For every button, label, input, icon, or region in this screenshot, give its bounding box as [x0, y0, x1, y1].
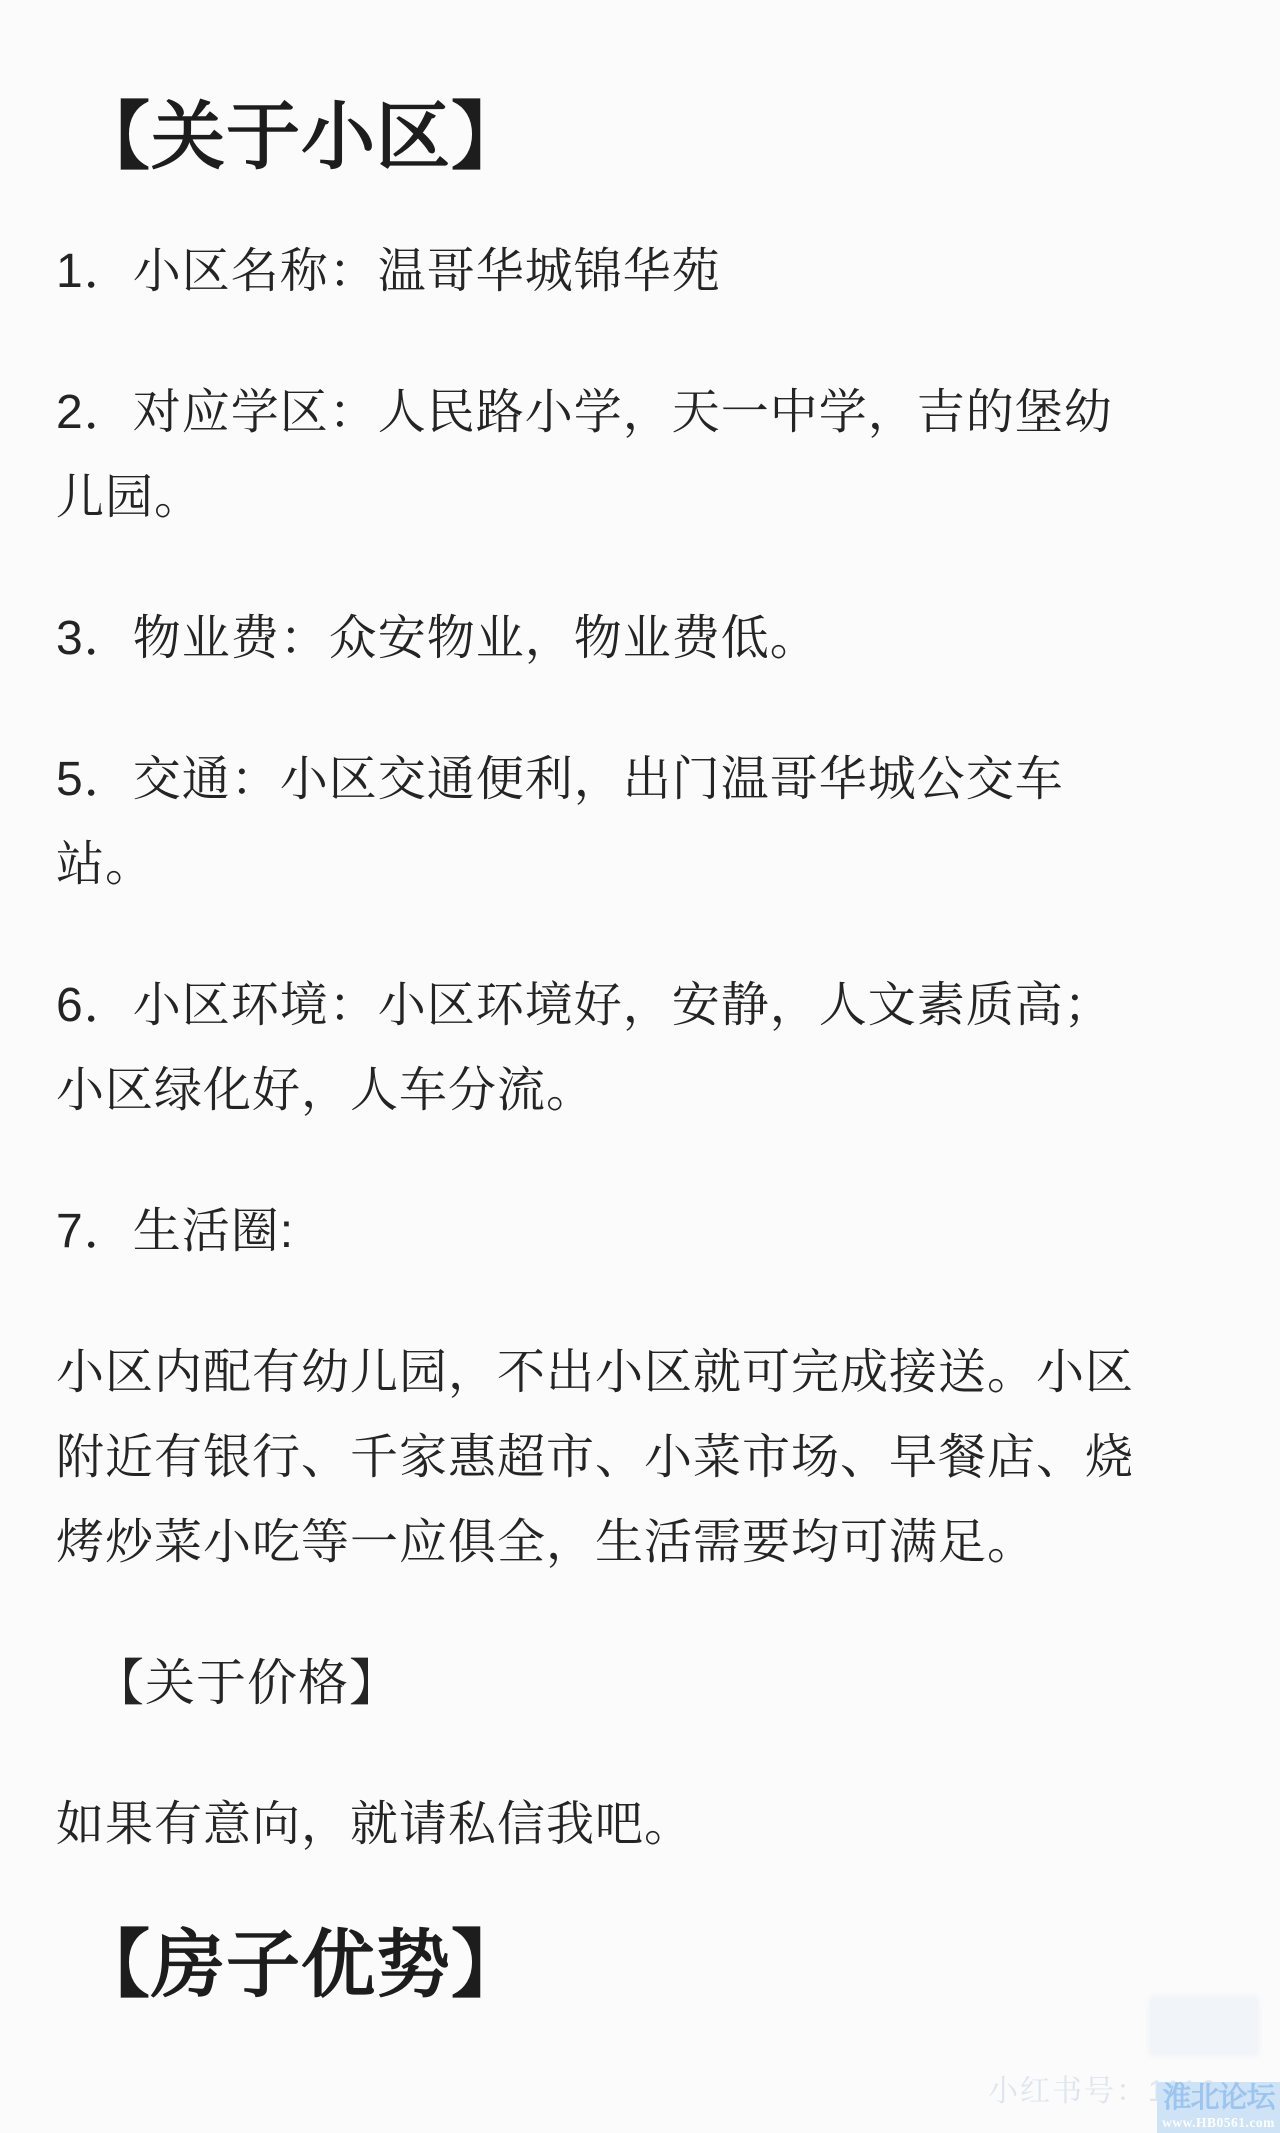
list-item-transportation: 5．交通：小区交通便利，出门温哥华城公交车 站。 [56, 737, 1230, 907]
list-item-lifestyle-label: 7．生活圈: [56, 1189, 1230, 1274]
forum-watermark-badge: 淮北论坛 www.HB0561.com [1157, 2082, 1280, 2133]
list-item-community-name: 1．小区名称：温哥华城锦华苑 [56, 229, 1230, 314]
list-item-environment: 6．小区环境：小区环境好，安静，人文素质高； 小区绿化好，人车分流。 [56, 963, 1230, 1133]
listing-text-page: 【关于小区】 1．小区名称：温哥华城锦华苑 2．对应学区：人民路小学，天一中学，… [0, 0, 1280, 2133]
listing-content: 【关于小区】 1．小区名称：温哥华城锦华苑 2．对应学区：人民路小学，天一中学，… [0, 0, 1280, 2007]
lifestyle-paragraph: 小区内配有幼儿园，不出小区就可完成接送。小区 附近有银行、千家惠超市、小菜市场、… [56, 1330, 1230, 1585]
forum-badge-url: www.HB0561.com [1157, 2115, 1280, 2131]
list-item-property-fee: 3．物业费：众安物业，物业费低。 [56, 596, 1230, 681]
section-title-community: 【关于小区】 [76, 95, 1230, 179]
faded-watermark-ghost [1148, 1995, 1260, 2057]
list-item-school-district: 2．对应学区：人民路小学，天一中学，吉的堡幼 儿园。 [56, 370, 1230, 540]
section-title-advantages: 【房子优势】 [76, 1923, 1230, 2007]
section-title-price: 【关于价格】 [94, 1641, 1230, 1726]
forum-badge-logo-text: 淮北论坛 [1157, 2082, 1280, 2115]
price-note: 如果有意向，就请私信我吧。 [56, 1782, 1230, 1867]
